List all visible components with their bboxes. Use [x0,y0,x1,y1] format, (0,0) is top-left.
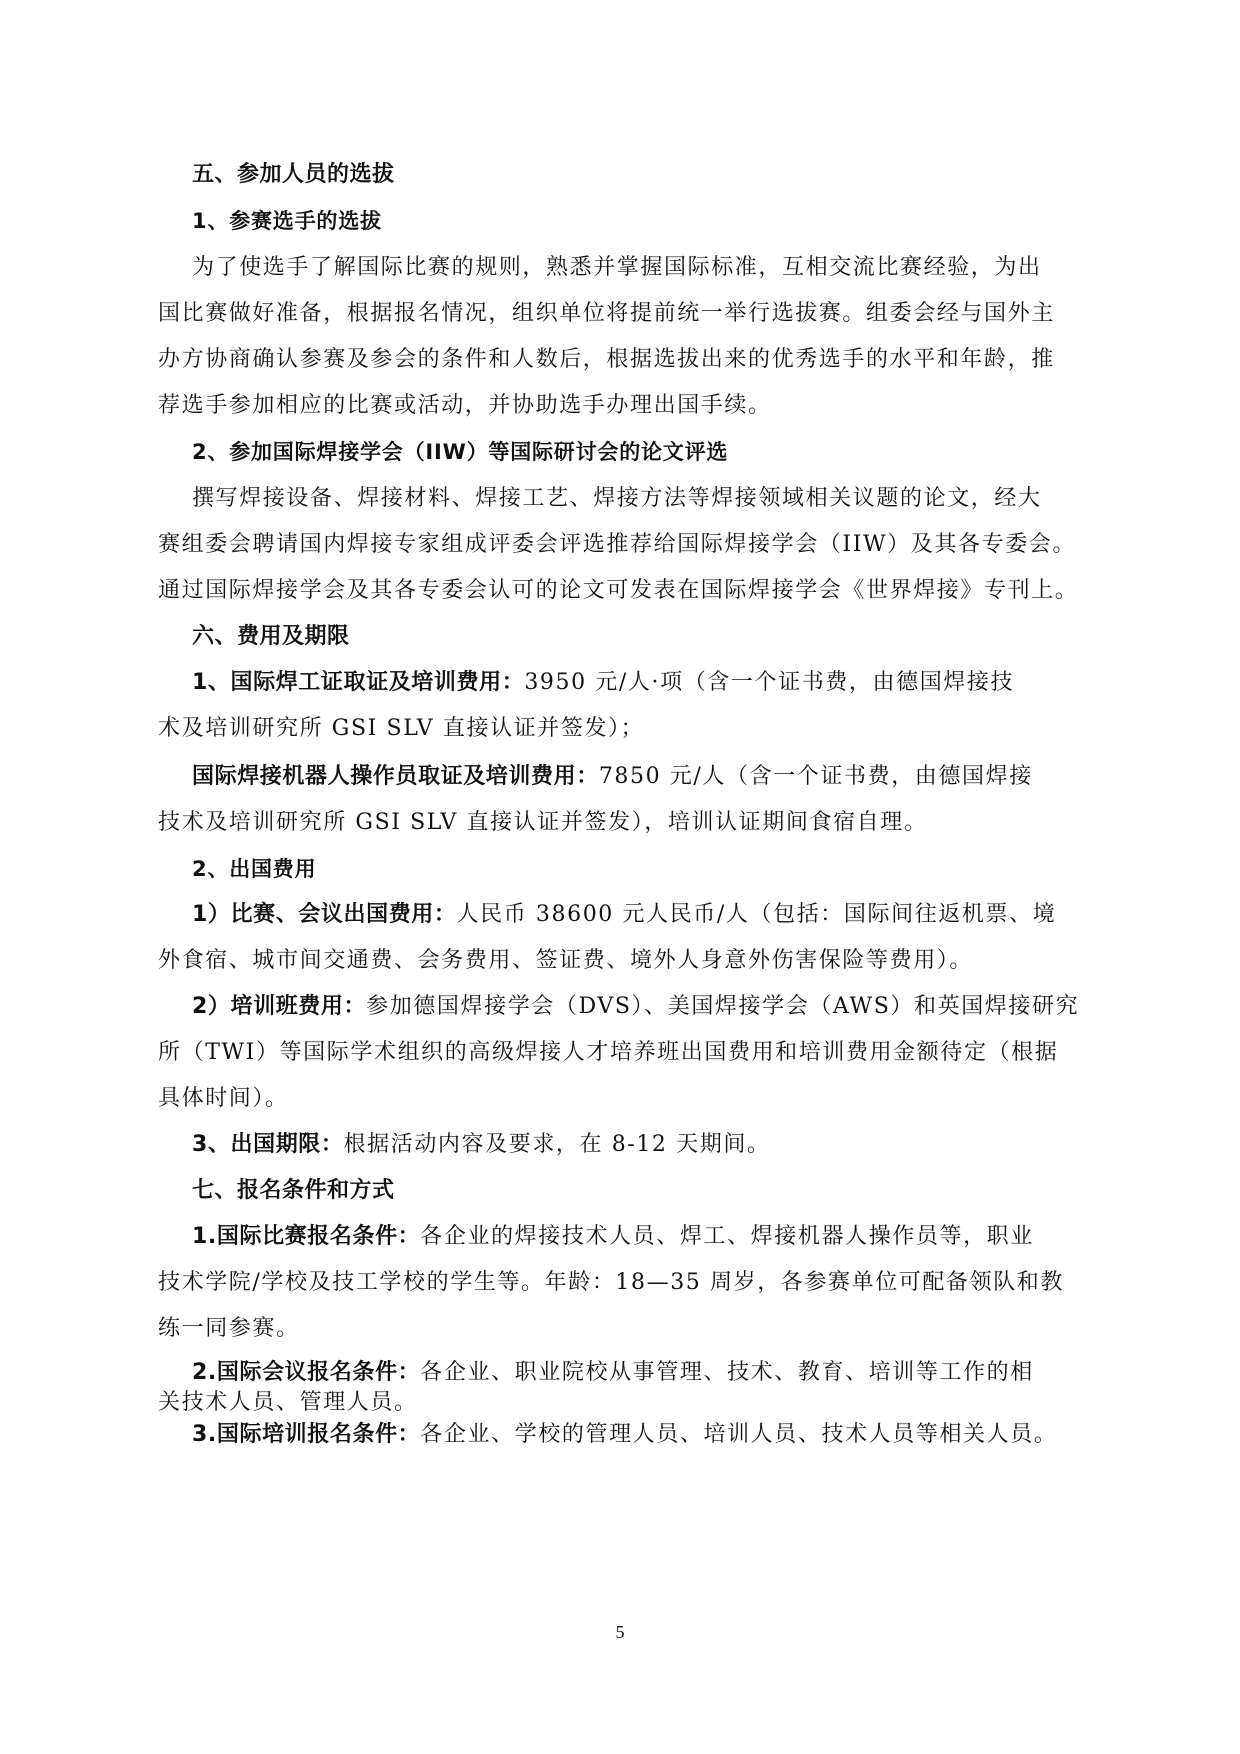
paragraph-line: 赛组委会聘请国内焊接专家组成评委会评选推荐给国际焊接学会（IIW）及其各专委会。 [158,530,1088,560]
subheading-6-2: 2、出国费用 [192,854,1088,884]
paragraph-line: 技术学院/学校及技工学校的学生等。年龄：18—35 周岁，各参赛单位可配备领队和… [158,1268,1088,1298]
condition-conference: 2.国际会议报名条件：各企业、职业院校从事管理、技术、教育、培训等工作的相 [192,1358,1088,1388]
paragraph-line: 办方协商确认参赛及参会的条件和人数后，根据选拔出来的优秀选手的水平和年龄，推 [158,345,1088,375]
fee-text: 7850 元/人（含一个证书费，由德国焊接 [599,764,1033,789]
duration-text: 根据活动内容及要求，在 8-12 天期间。 [344,1132,771,1157]
fee-label: 1）比赛、会议出国费用： [192,902,457,927]
condition-competition: 1.国际比赛报名条件：各企业的焊接技术人员、焊工、焊接机器人操作员等，职业 [192,1222,1088,1252]
fee-label: 国际焊接机器人操作员取证及培训费用： [192,764,599,789]
condition-text: 各企业、学校的管理人员、培训人员、技术人员等相关人员。 [420,1422,1057,1447]
page-number: 5 [0,1622,1240,1643]
paragraph-line: 荐选手参加相应的比赛或活动，并协助选手办理出国手续。 [158,391,1088,421]
condition-text: 各企业、职业院校从事管理、技术、教育、培训等工作的相 [420,1360,1034,1385]
subheading-5-2: 2、参加国际焊接学会（IIW）等国际研讨会的论文评选 [192,437,1088,467]
condition-text: 各企业的焊接技术人员、焊工、焊接机器人操作员等，职业 [420,1224,1034,1249]
fee-text: 3950 元/人·项（含一个证书费，由德国焊接技 [524,670,1014,695]
fee-label: 1、国际焊工证取证及培训费用： [192,670,524,695]
fee-label: 2）培训班费用： [192,994,366,1019]
fee-item-robot-operator-cert: 国际焊接机器人操作员取证及培训费用：7850 元/人（含一个证书费，由德国焊接 [192,762,1088,792]
fee-text: 参加德国焊接学会（DVS）、美国焊接学会（AWS）和英国焊接研究 [366,994,1079,1019]
duration-label: 3、出国期限： [192,1132,344,1157]
section-heading-7: 七、报名条件和方式 [192,1176,1088,1206]
paragraph-line: 练一同参赛。 [158,1314,1088,1344]
paragraph-line: 通过国际焊接学会及其各专委会认可的论文可发表在国际焊接学会《世界焊接》专刊上。 [158,576,1088,606]
paragraph-line: 所（TWI）等国际学术组织的高级焊接人才培养班出国费用和培训费用金额待定（根据 [158,1038,1088,1068]
paragraph-line: 术及培训研究所 GSI SLV 直接认证并签发）； [158,714,1088,744]
paragraph-line: 撰写焊接设备、焊接材料、焊接工艺、焊接方法等焊接领域相关议题的论文，经大 [192,484,1088,514]
paragraph-line: 技术及培训研究所 GSI SLV 直接认证并签发），培训认证期间食宿自理。 [158,808,1088,838]
paragraph-line: 国比赛做好准备，根据报名情况，组织单位将提前统一举行选拔赛。组委会经与国外主 [158,299,1088,329]
fee-item-travel: 1）比赛、会议出国费用：人民币 38600 元人民币/人（包括：国际间往返机票、… [192,900,1088,930]
condition-label: 2.国际会议报名条件： [192,1360,420,1385]
paragraph-line: 具体时间）。 [158,1084,1088,1114]
paragraph-line: 关技术人员、管理人员。 [158,1388,1088,1418]
fee-item-training: 2）培训班费用：参加德国焊接学会（DVS）、美国焊接学会（AWS）和英国焊接研究 [192,992,1088,1022]
travel-duration: 3、出国期限：根据活动内容及要求，在 8-12 天期间。 [192,1130,1088,1160]
document-page: 五、参加人员的选拔 1、参赛选手的选拔 为了使选手了解国际比赛的规则，熟悉并掌握… [0,0,1240,1754]
paragraph-line: 为了使选手了解国际比赛的规则，熟悉并掌握国际标准，互相交流比赛经验，为出 [192,253,1088,283]
subheading-5-1: 1、参赛选手的选拔 [192,206,1088,236]
paragraph-line: 外食宿、城市间交通费、会务费用、签证费、境外人身意外伤害保险等费用）。 [158,946,1088,976]
condition-label: 1.国际比赛报名条件： [192,1224,420,1249]
fee-item-welder-cert: 1、国际焊工证取证及培训费用：3950 元/人·项（含一个证书费，由德国焊接技 [192,668,1088,698]
condition-label: 3.国际培训报名条件： [192,1422,420,1447]
section-heading-5: 五、参加人员的选拔 [192,160,1088,190]
fee-text: 人民币 38600 元人民币/人（包括：国际间往返机票、境 [457,902,1057,927]
condition-training: 3.国际培训报名条件：各企业、学校的管理人员、培训人员、技术人员等相关人员。 [192,1420,1088,1450]
section-heading-6: 六、费用及期限 [192,622,1088,652]
